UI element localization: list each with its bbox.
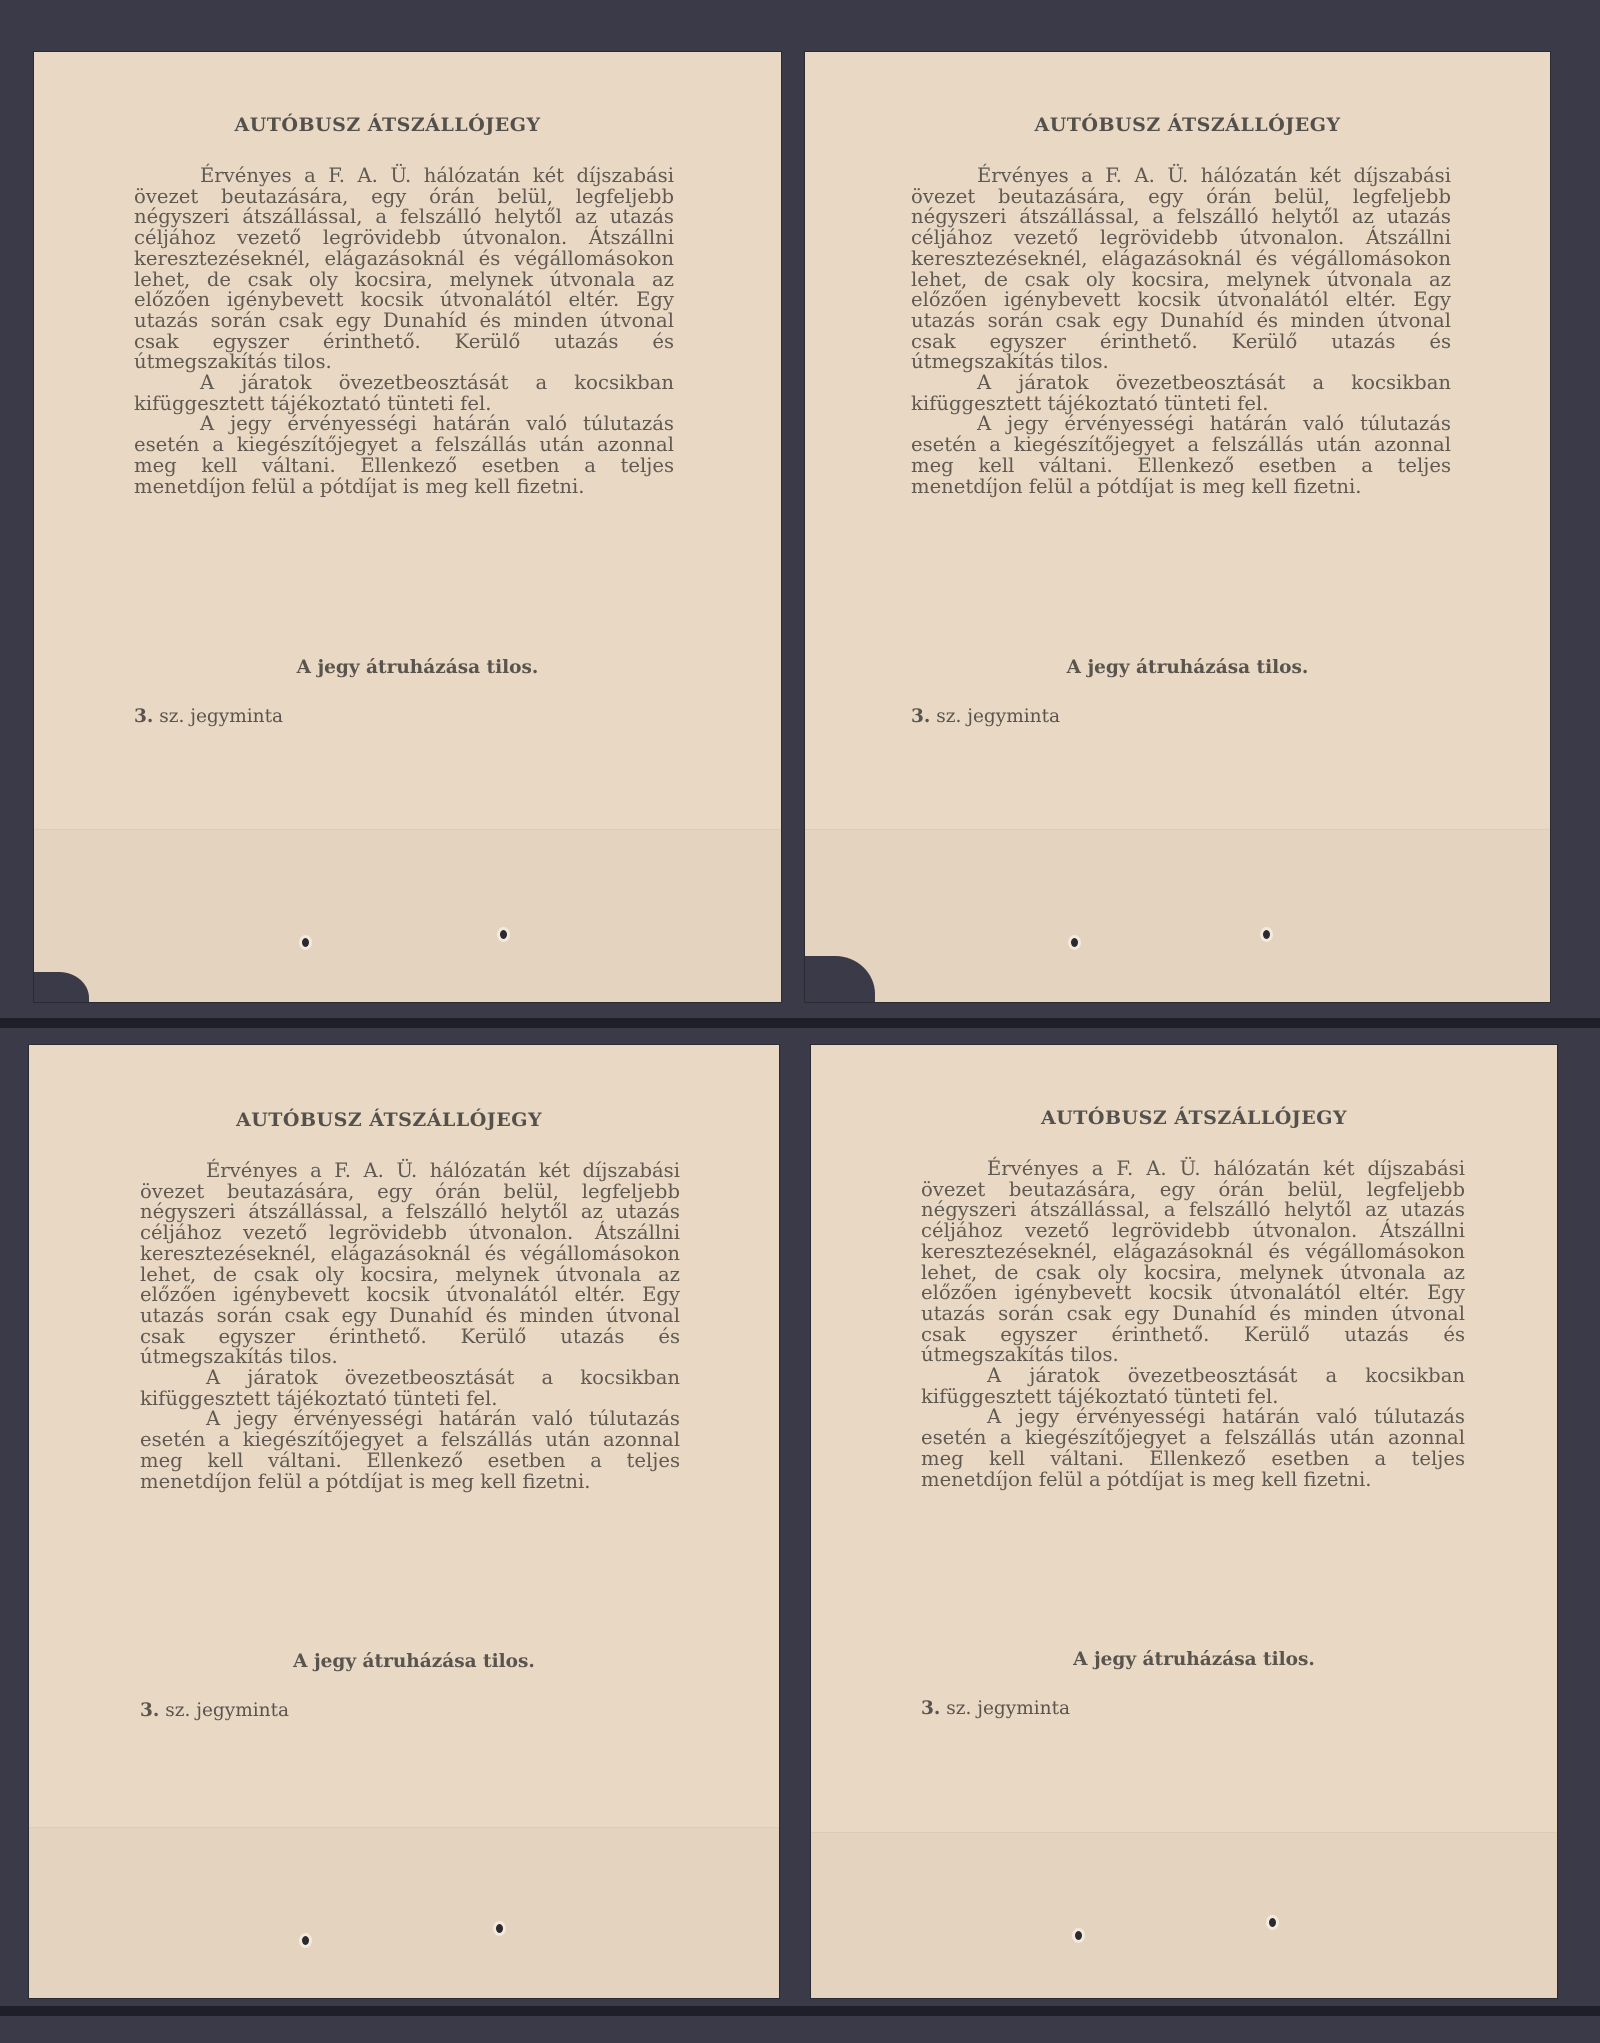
paragraph-zones: A járatok övezetbeosztását a kocsikban k…	[921, 1366, 1465, 1407]
ticket-body: Érvényes a F. A. Ü. hálózatán két díjsza…	[134, 166, 674, 497]
paragraph-supplement: A jegy érvényességi határán való túlutaz…	[911, 414, 1451, 497]
protective-strip	[29, 1827, 779, 1998]
paragraph-supplement: A jegy érvényességi határán való túlutaz…	[134, 414, 674, 497]
protective-strip	[811, 1832, 1557, 1998]
punch-hole	[496, 1924, 503, 1933]
ticket-title: AUTÓBUSZ ÁTSZÁLLÓJEGY	[805, 114, 1550, 136]
paragraph-zones: A járatok övezetbeosztását a kocsikban k…	[140, 1368, 680, 1409]
protective-strip	[805, 829, 1550, 1002]
transfer-prohibited-notice: A jegy átruházása tilos.	[805, 657, 1550, 678]
punch-hole	[1269, 1918, 1276, 1927]
ticket-top-right: AUTÓBUSZ ÁTSZÁLLÓJEGY Érvényes a F. A. Ü…	[805, 52, 1550, 1002]
transfer-prohibited-notice: A jegy átruházása tilos.	[811, 1649, 1557, 1670]
ticket-body: Érvényes a F. A. Ü. hálózatán két díjsza…	[140, 1161, 680, 1492]
punch-hole	[1071, 938, 1078, 947]
paragraph-validity: Érvényes a F. A. Ü. hálózatán két díjsza…	[911, 166, 1451, 373]
ticket-specimen-label: 3. sz. jegyminta	[911, 706, 1060, 727]
paragraph-supplement: A jegy érvényességi határán való túlutaz…	[921, 1407, 1465, 1490]
punch-hole	[1075, 1931, 1082, 1940]
punch-hole	[1263, 930, 1270, 939]
paragraph-supplement: A jegy érvényességi határán való túlutaz…	[140, 1409, 680, 1492]
ticket-specimen-label: 3. sz. jegyminta	[921, 1698, 1070, 1719]
punch-hole	[302, 938, 309, 947]
ticket-bottom-left: AUTÓBUSZ ÁTSZÁLLÓJEGY Érvényes a F. A. Ü…	[29, 1045, 779, 1998]
punch-hole	[302, 1936, 309, 1945]
ticket-title: AUTÓBUSZ ÁTSZÁLLÓJEGY	[811, 1107, 1557, 1129]
paragraph-zones: A járatok övezetbeosztását a kocsikban k…	[911, 373, 1451, 414]
specimen-text: sz. jegyminta	[936, 706, 1060, 727]
specimen-text: sz. jegyminta	[165, 1700, 289, 1721]
specimen-number: 3.	[921, 1698, 940, 1719]
specimen-text: sz. jegyminta	[159, 706, 283, 727]
specimen-number: 3.	[911, 706, 930, 727]
ticket-body: Érvényes a F. A. Ü. hálózatán két díjsza…	[911, 166, 1451, 497]
ticket-title: AUTÓBUSZ ÁTSZÁLLÓJEGY	[29, 1109, 779, 1131]
ticket-body: Érvényes a F. A. Ü. hálózatán két díjsza…	[921, 1159, 1465, 1490]
transfer-prohibited-notice: A jegy átruházása tilos.	[29, 1651, 779, 1672]
album-sleeve-divider	[0, 1018, 1600, 1028]
paragraph-validity: Érvényes a F. A. Ü. hálózatán két díjsza…	[140, 1161, 680, 1368]
album-sleeve-divider-bottom	[0, 2006, 1600, 2016]
ticket-specimen-label: 3. sz. jegyminta	[134, 706, 283, 727]
punch-hole	[500, 930, 507, 939]
paragraph-zones: A járatok övezetbeosztását a kocsikban k…	[134, 373, 674, 414]
paragraph-validity: Érvényes a F. A. Ü. hálózatán két díjsza…	[134, 166, 674, 373]
paragraph-validity: Érvényes a F. A. Ü. hálózatán két díjsza…	[921, 1159, 1465, 1366]
specimen-number: 3.	[134, 706, 153, 727]
ticket-title: AUTÓBUSZ ÁTSZÁLLÓJEGY	[34, 114, 781, 136]
ticket-specimen-label: 3. sz. jegyminta	[140, 1700, 289, 1721]
protective-strip	[34, 829, 781, 1002]
ticket-top-left: AUTÓBUSZ ÁTSZÁLLÓJEGY Érvényes a F. A. Ü…	[34, 52, 781, 1002]
ticket-bottom-right: AUTÓBUSZ ÁTSZÁLLÓJEGY Érvényes a F. A. Ü…	[811, 1045, 1557, 1998]
specimen-text: sz. jegyminta	[946, 1698, 1070, 1719]
transfer-prohibited-notice: A jegy átruházása tilos.	[34, 657, 781, 678]
specimen-number: 3.	[140, 1700, 159, 1721]
